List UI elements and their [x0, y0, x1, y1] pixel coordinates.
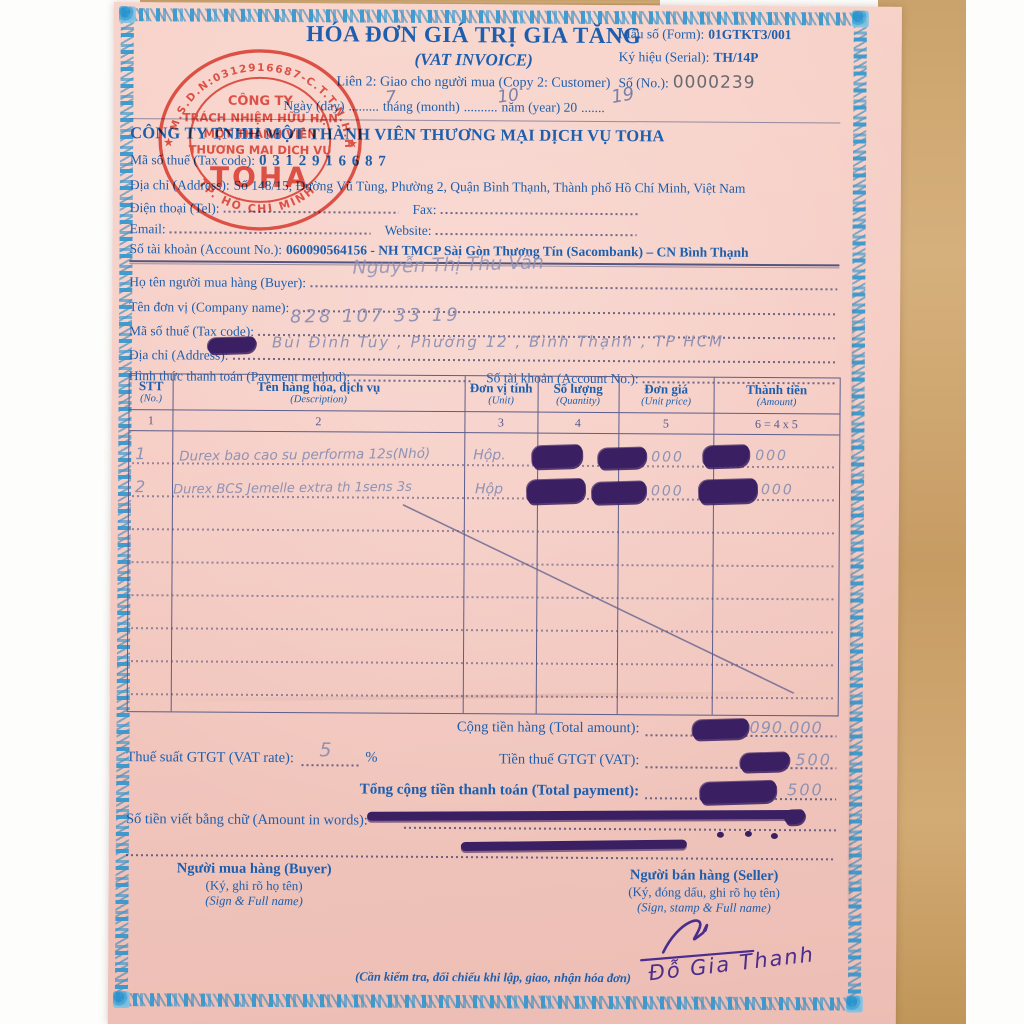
item1-desc: Durex bao cao su performa 12s(Nhỏ): [179, 446, 430, 465]
date-day-handwritten: 7: [384, 87, 397, 108]
colnum-5: 5: [618, 416, 713, 432]
header-price-main: Đơn giá: [619, 382, 714, 397]
item2-desc: Durex BCS Jemelle extra th 1sens 3s: [173, 480, 412, 498]
subtotal-label-text: Cộng tiền hàng (Total amount):: [457, 719, 640, 736]
vat-handwritten: 500: [795, 750, 832, 769]
words-redaction-1-end: [785, 810, 805, 825]
amount-words-dots-2: [126, 854, 836, 860]
border-corner-tl: [119, 6, 136, 23]
seller-sign-sub1: (Ký, đóng dấu, ghi rõ họ tên): [577, 884, 832, 902]
items-table: STT (No.) Tên hàng hóa, dịch vụ (Descrip…: [127, 373, 841, 716]
header-stt-sub: (No.): [130, 393, 173, 405]
fax-leader: [441, 212, 640, 215]
no-label: Số (No.):: [618, 75, 668, 90]
amount-words-dots-1: [404, 827, 836, 832]
border-corner-tr: [852, 11, 869, 28]
grand-total-label-text: Tổng cộng tiền thanh toán (Total payment…: [360, 782, 640, 800]
colnum-6: 6 = 4 x 5: [713, 416, 839, 432]
buyer-tax-handwritten: 828 107 33 19: [290, 305, 461, 328]
buyer-address-handwritten: Bùi Đình Túy , Phường 12 , Bình Thạnh , …: [272, 332, 842, 351]
serial-value: TH/14P: [713, 50, 758, 65]
header-unit-main: Đơn vị tính: [465, 381, 538, 396]
header-amount-main: Thành tiền: [714, 382, 840, 397]
seller-sign-title: Người bán hàng (Seller): [577, 867, 832, 886]
seller-fax-label: Fax:: [412, 202, 436, 218]
header-unit-sub: (Unit): [465, 395, 538, 407]
header-stt-main: STT: [130, 379, 173, 394]
row-line-4: [132, 561, 836, 567]
buyer-company-label: Tên đơn vị (Company name):: [129, 299, 289, 316]
header-price: Đơn giá (Unit price): [619, 377, 714, 413]
row-line-3: [132, 528, 836, 534]
stamp-star-right: ★: [347, 136, 358, 150]
buyer-name-leader: [310, 285, 837, 290]
buyer-sign-title: Người mua hàng (Buyer): [147, 860, 362, 878]
buyer-name-line: Họ tên người mua hàng (Buyer):: [129, 274, 839, 294]
company-stamp: M.S.D.N:0312916687-C.T.T.N.H.H TP. HỒ CH…: [153, 46, 368, 233]
vat-rate-label-text: Thuế suất GTGT (VAT rate):: [126, 749, 294, 766]
ink-dot-2: [745, 831, 752, 837]
colnum-1: 1: [129, 413, 172, 428]
item2-price-tail: 000: [651, 483, 684, 499]
subtotal-label: Cộng tiền hàng (Total amount):: [310, 717, 640, 737]
seller-account-label: Số tài khoản (Account No.):: [129, 241, 282, 257]
amount-words-label-text: Số tiền viết bằng chữ (Amount in words):: [126, 811, 368, 828]
date-dots-3: .......: [581, 100, 605, 115]
vat-rate-label: Thuế suất GTGT (VAT rate):: [126, 748, 294, 767]
buyer-name-label: Họ tên người mua hàng (Buyer):: [129, 274, 306, 291]
colnum-3: 3: [464, 415, 537, 430]
stamp-star-left: ★: [163, 135, 174, 149]
header-desc-sub: (Description): [173, 393, 465, 406]
header-desc: Tên hàng hóa, dịch vụ (Description): [173, 374, 465, 411]
item1-qty-redaction: [532, 445, 583, 468]
stamp-company-short-name: TOHA: [210, 161, 310, 195]
header-qty-main: Số lượng: [538, 381, 619, 396]
grand-total-handwritten: 500: [787, 780, 824, 799]
header-unit: Đơn vị tính (Unit): [465, 376, 538, 411]
website-leader: [436, 233, 637, 236]
footer-note: (Cần kiểm tra, đối chiếu khi lập, giao, …: [283, 969, 703, 987]
vat-label: Tiền thuế GTGT (VAT):: [309, 749, 639, 769]
stamp-line3: MỘT THÀNH VIÊN: [203, 126, 316, 142]
border-bottom: [116, 993, 860, 1011]
item1-unit: Hộp.: [473, 447, 506, 463]
amount-words-label: Số tiền viết bằng chữ (Amount in words):: [126, 810, 368, 829]
item1-price-tail: 000: [651, 449, 684, 465]
seller-website-label: Website:: [385, 223, 432, 239]
header-amount: Thành tiền (Amount): [714, 378, 840, 414]
vat-redaction: [740, 752, 789, 771]
table-col-numbers: 1 2 3 4 5 6 = 4 x 5: [129, 410, 839, 435]
item1-amount-tail: 000: [755, 448, 788, 464]
stamp-line4: THƯƠNG MẠI DỊCH VỤ: [189, 142, 332, 157]
row-line-5: [131, 594, 835, 600]
colnum-2: 2: [172, 413, 464, 430]
item2-qty-redaction: [527, 479, 586, 504]
stamp-line2: TRÁCH NHIỆM HỮU HẠN: [183, 109, 338, 125]
row-line-6: [131, 627, 835, 633]
item2-amount-redaction: [699, 479, 758, 504]
subtotal-redaction: [692, 719, 749, 740]
colnum-4: 4: [537, 415, 618, 430]
subtotal-handwritten: 090.000: [750, 718, 823, 737]
form-label: Mẫu số (Form):: [619, 26, 705, 42]
words-redaction-1: [367, 810, 799, 821]
photo-background: HÓA ĐƠN GIÁ TRỊ GIA TĂNG (VAT INVOICE) L…: [0, 0, 1024, 1024]
buyer-sign-sub1: (Ký, ghi rõ họ tên): [147, 877, 362, 894]
header-stt: STT (No.): [130, 374, 173, 409]
item2-stt: 2: [135, 477, 145, 496]
stamp-line1: CÔNG TY: [228, 93, 294, 109]
border-corner-br: [846, 995, 863, 1012]
item1-stt: 1: [135, 444, 145, 463]
header-qty-sub: (Quantity): [538, 395, 619, 407]
date-month-handwritten: 10: [496, 85, 520, 108]
ink-dot-3: [771, 833, 778, 839]
ink-dot-1: [717, 832, 724, 838]
item2-unit: Hộp: [475, 481, 503, 497]
header-qty: Số lượng (Quantity): [538, 377, 619, 412]
item1-price-redaction: [598, 447, 647, 468]
item1-amount-redaction: [703, 445, 750, 467]
invoice-paper: HÓA ĐƠN GIÁ TRỊ GIA TĂNG (VAT INVOICE) L…: [108, 2, 902, 1024]
buyer-name-handwritten: Nguyễn Thị Thu Vân: [352, 251, 544, 279]
grand-total-label: Tổng cộng tiền thanh toán (Total payment…: [259, 780, 639, 800]
buyer-signature-block: Người mua hàng (Buyer) (Ký, ghi rõ họ tê…: [146, 860, 361, 909]
row-line-7: [131, 660, 835, 666]
vat-label-text: Tiền thuế GTGT (VAT):: [499, 751, 639, 768]
buyer-company-line: Tên đơn vị (Company name):: [129, 299, 839, 319]
item2-price-redaction: [592, 481, 647, 504]
border-corner-bl: [113, 991, 130, 1008]
grand-total-redaction: [700, 781, 777, 804]
no-value: 0000239: [673, 72, 756, 93]
item2-amount-tail: 000: [761, 482, 794, 498]
buyer-address-redaction: [208, 337, 256, 353]
words-redaction-2: [461, 840, 687, 852]
table-header: STT (No.) Tên hàng hóa, dịch vụ (Descrip…: [130, 374, 840, 414]
form-value: 01GTKT3/001: [708, 27, 791, 43]
date-dots-2: ..........: [464, 99, 498, 114]
buyer-sign-sub2: (Sign & Full name): [146, 893, 361, 909]
header-price-sub: (Unit price): [619, 396, 714, 408]
serial-label: Ký hiệu (Serial):: [619, 49, 710, 65]
header-amount-sub: (Amount): [714, 397, 840, 409]
form-info-block: Mẫu số (Form): 01GTKT3/001 Ký hiệu (Seri…: [618, 25, 843, 93]
buyer-address-leader: [233, 358, 837, 364]
seller-signature-block: Người bán hàng (Seller) (Ký, đóng dấu, g…: [576, 867, 831, 917]
